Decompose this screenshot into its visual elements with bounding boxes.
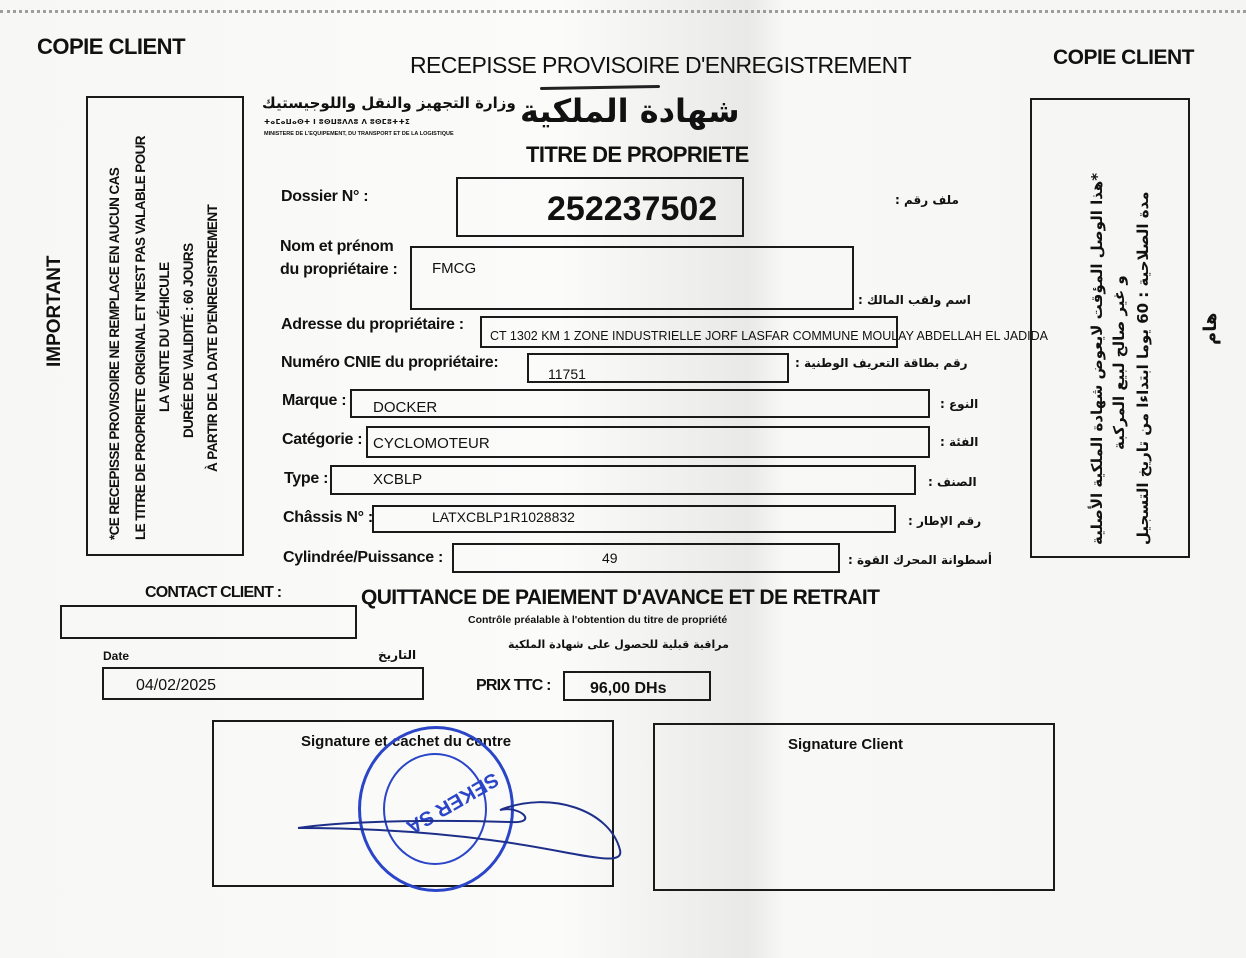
chassis-value: LATXCBLP1R1028832: [432, 509, 575, 525]
owner-name-value: FMCG: [432, 260, 476, 277]
right-notice-line-2: و غير صالح لبيع المركبة: [1110, 275, 1128, 450]
price-value: 96,00 DHs: [590, 680, 667, 698]
dossier-value: 252237502: [547, 190, 717, 229]
left-notice-line-4: DURÉE DE VALIDITÉ : 60 JOURS: [181, 244, 196, 439]
copie-client-right: COPIE CLIENT: [1053, 46, 1194, 70]
dossier-label-ar: ملف رقم :: [895, 193, 959, 207]
date-value: 04/02/2025: [136, 677, 216, 695]
contact-client-label: CONTACT CLIENT :: [145, 584, 281, 602]
date-label: Date: [103, 649, 129, 663]
date-label-ar: التاريخ: [378, 648, 416, 662]
categorie-value: CYCLOMOTEUR: [373, 435, 490, 452]
cnie-value: 11751: [548, 366, 586, 382]
cnie-label-ar: رقم بطاقة التعريف الوطنية :: [795, 356, 968, 370]
type-label-ar: الصنف :: [928, 475, 977, 489]
ministry-french: MINISTERE DE L'EQUIPEMENT, DU TRANSPORT …: [264, 131, 454, 137]
receipt-title: RECEPISSE PROVISOIRE D'ENREGISTREMENT: [410, 52, 911, 79]
contact-client-field: [60, 605, 357, 639]
quittance-title: QUITTANCE DE PAIEMENT D'AVANCE ET DE RET…: [361, 586, 879, 610]
doc-title-french: TITRE DE PROPRIETE: [526, 142, 749, 168]
doc-title-arabic: شهادة الملكية: [520, 92, 740, 130]
marque-value: DOCKER: [373, 399, 437, 416]
marque-label-ar: النوع :: [940, 397, 978, 411]
quittance-subtitle-ar: مراقبة قبلية للحصول على شهادة الملكية: [508, 638, 729, 651]
right-notice-line-1: *هذا الوصل المؤقت لايعوض شهادة الملكية ا…: [1088, 173, 1106, 545]
right-notice-line-3: مدة الصلاحية : 60 يوما ابتداءا من تاريخ …: [1134, 191, 1152, 545]
chassis-label-ar: رقم الإطار :: [908, 514, 981, 528]
cnie-label: Numéro CNIE du propriétaire:: [281, 354, 498, 372]
dossier-label: Dossier N° :: [281, 188, 368, 206]
copie-client-left: COPIE CLIENT: [37, 34, 185, 60]
categorie-label: Catégorie :: [282, 431, 362, 449]
type-label: Type :: [284, 470, 328, 488]
type-value: XCBLP: [373, 471, 422, 488]
left-notice-line-3: LA VENTE DU VÉHICULE: [157, 262, 172, 412]
important-heading: IMPORTANT: [44, 255, 66, 367]
cylindree-field: [452, 543, 840, 573]
owner-name-label-ar: اسم ولقب المالك :: [858, 293, 971, 307]
cylindree-value: 49: [602, 550, 618, 566]
owner-name-label-2: du propriétaire :: [280, 261, 398, 279]
left-notice-line-2: LE TITRE DE PROPRIETE ORIGINAL ET N'EST …: [133, 136, 148, 540]
owner-name-label-1: Nom et prénom: [280, 238, 393, 256]
right-notice-heading: هام: [1200, 313, 1221, 345]
client-signature-label: Signature Client: [788, 736, 903, 753]
ministry-arabic: وزارة التجهيز والنقل واللوجيستيك: [262, 94, 516, 112]
left-notice-line-5: À PARTIR DE LA DATE D'ENREGISTREMENT: [205, 205, 220, 472]
ministry-tifinagh: ⵜⴰⵎⴰⵡⴰⵙⵜ ⵏ ⵓⵙⵡⵓⴷⴷⵓ ⴷ ⵓⵙⵎⵓⵜⵜⵉ: [264, 118, 410, 126]
perforation-line: [0, 10, 1246, 23]
handwritten-signature: [290, 770, 630, 870]
address-value: CT 1302 KM 1 ZONE INDUSTRIELLE JORF LASF…: [490, 329, 1048, 343]
left-notice-line-1: *CE RECEPISSE PROVISOIRE NE REMPLACE EN …: [107, 168, 122, 540]
address-label: Adresse du propriétaire :: [281, 316, 464, 334]
quittance-subtitle: Contrôle préalable à l'obtention du titr…: [468, 614, 727, 626]
marque-label: Marque :: [282, 392, 346, 410]
owner-name-field: [410, 246, 854, 310]
chassis-label: Châssis N° :: [283, 509, 373, 527]
cylindree-label-ar: أسطوانة المحرك القوة :: [848, 553, 992, 567]
cylindree-label: Cylindrée/Puissance :: [283, 549, 443, 567]
categorie-label-ar: الفئة :: [940, 435, 978, 449]
price-label: PRIX TTC :: [476, 677, 551, 695]
